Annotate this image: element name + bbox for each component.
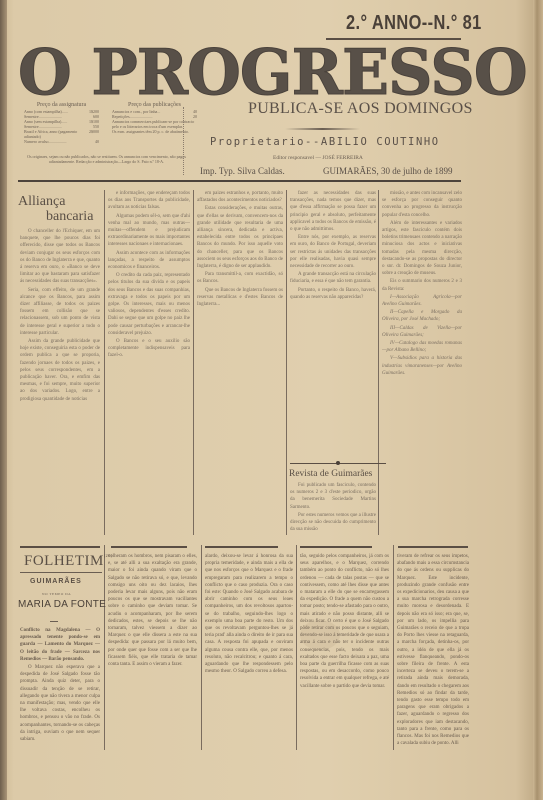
feuilleton-rule bbox=[111, 546, 187, 548]
price-row: Numero avulso..................40 bbox=[24, 139, 99, 144]
article-column-4: fazer as necessidades das suas transacçõ… bbox=[290, 190, 376, 452]
paragraph: alardo, deixou-se levar á honrosa da sua… bbox=[205, 553, 293, 675]
column-separator bbox=[393, 545, 394, 750]
feuilleton-column-5: tiveram de refrear os seus impetos, abaf… bbox=[397, 553, 469, 751]
paragraph: tiveram de refrear os seus impetos, abaf… bbox=[397, 553, 469, 747]
title-line-1: Alliança bbox=[18, 194, 65, 209]
feuilleton-column-4: tão, seguido pelos companheiros, já com … bbox=[300, 553, 389, 751]
paragraph: tão, seguido pelos companheiros, já com … bbox=[300, 553, 389, 690]
masthead-title: O PROGRESSO bbox=[18, 44, 527, 100]
title-line-2: bancaria bbox=[18, 209, 93, 224]
paragraph: Assim da grande publicidade que hoje exi… bbox=[20, 338, 100, 403]
paragraph: missão, e antes com incansavel zelo se e… bbox=[382, 190, 462, 219]
paragraph: A grande transacção está na circulação f… bbox=[290, 271, 376, 285]
price-value: 2$000 bbox=[89, 129, 99, 139]
press-name: Imp. Typ. Silva Caldas. bbox=[200, 166, 285, 176]
ornament-vine-icon bbox=[183, 107, 192, 175]
paragraph: Além de interessantes e variados artigos… bbox=[382, 220, 462, 278]
feuilleton-column-3: alardo, deixou-se levar á honrosa da sua… bbox=[205, 553, 293, 751]
paragraph: fazer as necessidades das suas transacçõ… bbox=[290, 190, 376, 233]
article-column-3: em paizes estranhos e, portanto, muito a… bbox=[197, 190, 283, 530]
paragraph: Entre nós, por exemplo, as reservas em o… bbox=[290, 234, 376, 270]
column-separator bbox=[286, 190, 287, 535]
feuilleton-title: GUIMARÃES bbox=[30, 578, 82, 585]
tagline: PUBLICA-SE AOS DOMINGOS bbox=[248, 100, 473, 118]
price-footer-note: Os originaes, sejam ou não publicados, n… bbox=[24, 155, 189, 164]
paragraph: Que os Bancos de Inglaterra fossem os re… bbox=[197, 287, 283, 309]
feuilleton-rule bbox=[20, 546, 100, 548]
ornamental-rule bbox=[285, 128, 360, 130]
column-separator bbox=[193, 190, 194, 535]
paragraph: em paizes estranhos e, portanto, muito a… bbox=[197, 190, 283, 204]
article-title: Alliança bancaria bbox=[18, 194, 93, 224]
newspaper-page: 2.° ANNO--N.° 81 O PROGRESSO Preço da as… bbox=[0, 0, 543, 800]
revista-column: Foi publicado um fasciculo, contendo os … bbox=[290, 482, 376, 538]
column-separator bbox=[378, 190, 379, 535]
feuilleton-column-2: colheram os hombros, nem pisaram o elles… bbox=[108, 553, 197, 751]
issue-number: 2.° ANNO--N.° 81 bbox=[346, 12, 482, 35]
feuilleton-summary: Conflicto na Magdalena — O apressado ten… bbox=[20, 627, 100, 663]
article-column-5: missão, e antes com incansavel zelo se e… bbox=[382, 190, 462, 535]
subscription-title: Preço da assignatura bbox=[24, 103, 99, 108]
editor: Editor responsavel — JOSÉ FERREIRA bbox=[273, 155, 363, 161]
feuilleton-rule bbox=[398, 546, 468, 548]
feuilleton-subtitle: NO TEMPO DA bbox=[42, 592, 71, 596]
paragraph: Algumas podem sêl-o, sem que d'ahi venha… bbox=[108, 213, 190, 249]
page-edge bbox=[533, 0, 543, 800]
paragraph: colheram os hombros, nem pisaram o elles… bbox=[108, 553, 197, 668]
article-column-2: e informações, que endereçam todos os di… bbox=[108, 190, 190, 530]
price-label: Numero avulso.................. bbox=[24, 139, 67, 144]
paragraph: O Bancos e o seu auxilio são completamen… bbox=[108, 338, 190, 360]
paragraph: Por estes numeros vemos que a illustre d… bbox=[290, 512, 376, 534]
toc-item: IV—Catalogo das moedas romanas—por Alban… bbox=[382, 340, 462, 354]
toc-item: II—Capella e Morgado da Oliveira, por Jo… bbox=[382, 309, 462, 323]
paragraph: O credito da cada paiz, representado pel… bbox=[108, 272, 190, 337]
revista-title: Revista de Guimarães bbox=[289, 469, 372, 479]
place-date: GUIMARÃES, 30 de julho de 1899 bbox=[323, 166, 453, 176]
paragraph: Assim acontece com as informações lançad… bbox=[108, 250, 190, 272]
toc-item: III—Caldas de Vizella—por Oliveira Guima… bbox=[382, 325, 462, 339]
header-rule bbox=[18, 180, 461, 182]
paragraph: Portanto, o respeito do Banco, haverá, q… bbox=[290, 287, 376, 301]
feuilleton-label: FOLHETIM(26) bbox=[24, 553, 113, 570]
paragraph: Para transmittil-a, com exactidão, só os… bbox=[197, 271, 283, 285]
column-separator bbox=[201, 545, 202, 750]
toc-item: V—Subsidios para a historia das industri… bbox=[382, 355, 462, 377]
paragraph: Estas considerações, e muitas outras, qu… bbox=[197, 205, 283, 270]
feuilleton-label-rule bbox=[20, 572, 102, 573]
paragraph: e informações, que endereçam todos os di… bbox=[108, 190, 190, 212]
paragraph: Seria, com effeito, de um grande alcance… bbox=[20, 287, 100, 337]
feuilleton-label-text: FOLHETIM bbox=[24, 553, 104, 569]
proprietor: Proprietario--ABILIO COUTINHO bbox=[210, 136, 440, 148]
feuilleton-heading: MARIA DA FONTE bbox=[18, 599, 106, 610]
article-column-1: O chanceller do l'Echiquer, em um banque… bbox=[20, 228, 100, 528]
paragraph: O Marquez não esperava que a despedida d… bbox=[20, 664, 100, 743]
price-value: 40 bbox=[95, 139, 99, 144]
column-separator bbox=[296, 545, 297, 750]
paragraph: Eis o summario dos numeros 2 e 3 da Revi… bbox=[382, 278, 462, 292]
feuilleton-rule bbox=[205, 546, 278, 548]
binding-spine bbox=[0, 0, 7, 800]
toc-item: I—Associação Agricola—por Avelino Guimar… bbox=[382, 294, 462, 308]
price-label: Brazil e Africa, anno (pagamento adianta… bbox=[24, 129, 89, 139]
feuilleton-dash bbox=[50, 621, 58, 622]
rule-dot-icon bbox=[336, 461, 340, 465]
paragraph: Foi publicado um fasciculo, contendo os … bbox=[290, 482, 376, 511]
column-separator bbox=[104, 545, 105, 750]
feuilleton-rule bbox=[300, 546, 372, 548]
subscription-prices: Preço da assignatura Anno (com estampilh… bbox=[24, 103, 99, 144]
price-row: Brazil e Africa, anno (pagamento adianta… bbox=[24, 129, 99, 139]
paragraph: O chanceller do l'Echiquer, em um banque… bbox=[20, 228, 100, 286]
column-separator bbox=[104, 190, 105, 535]
feuilleton-column-1: Conflicto na Magdalena — O apressado ten… bbox=[20, 627, 100, 751]
